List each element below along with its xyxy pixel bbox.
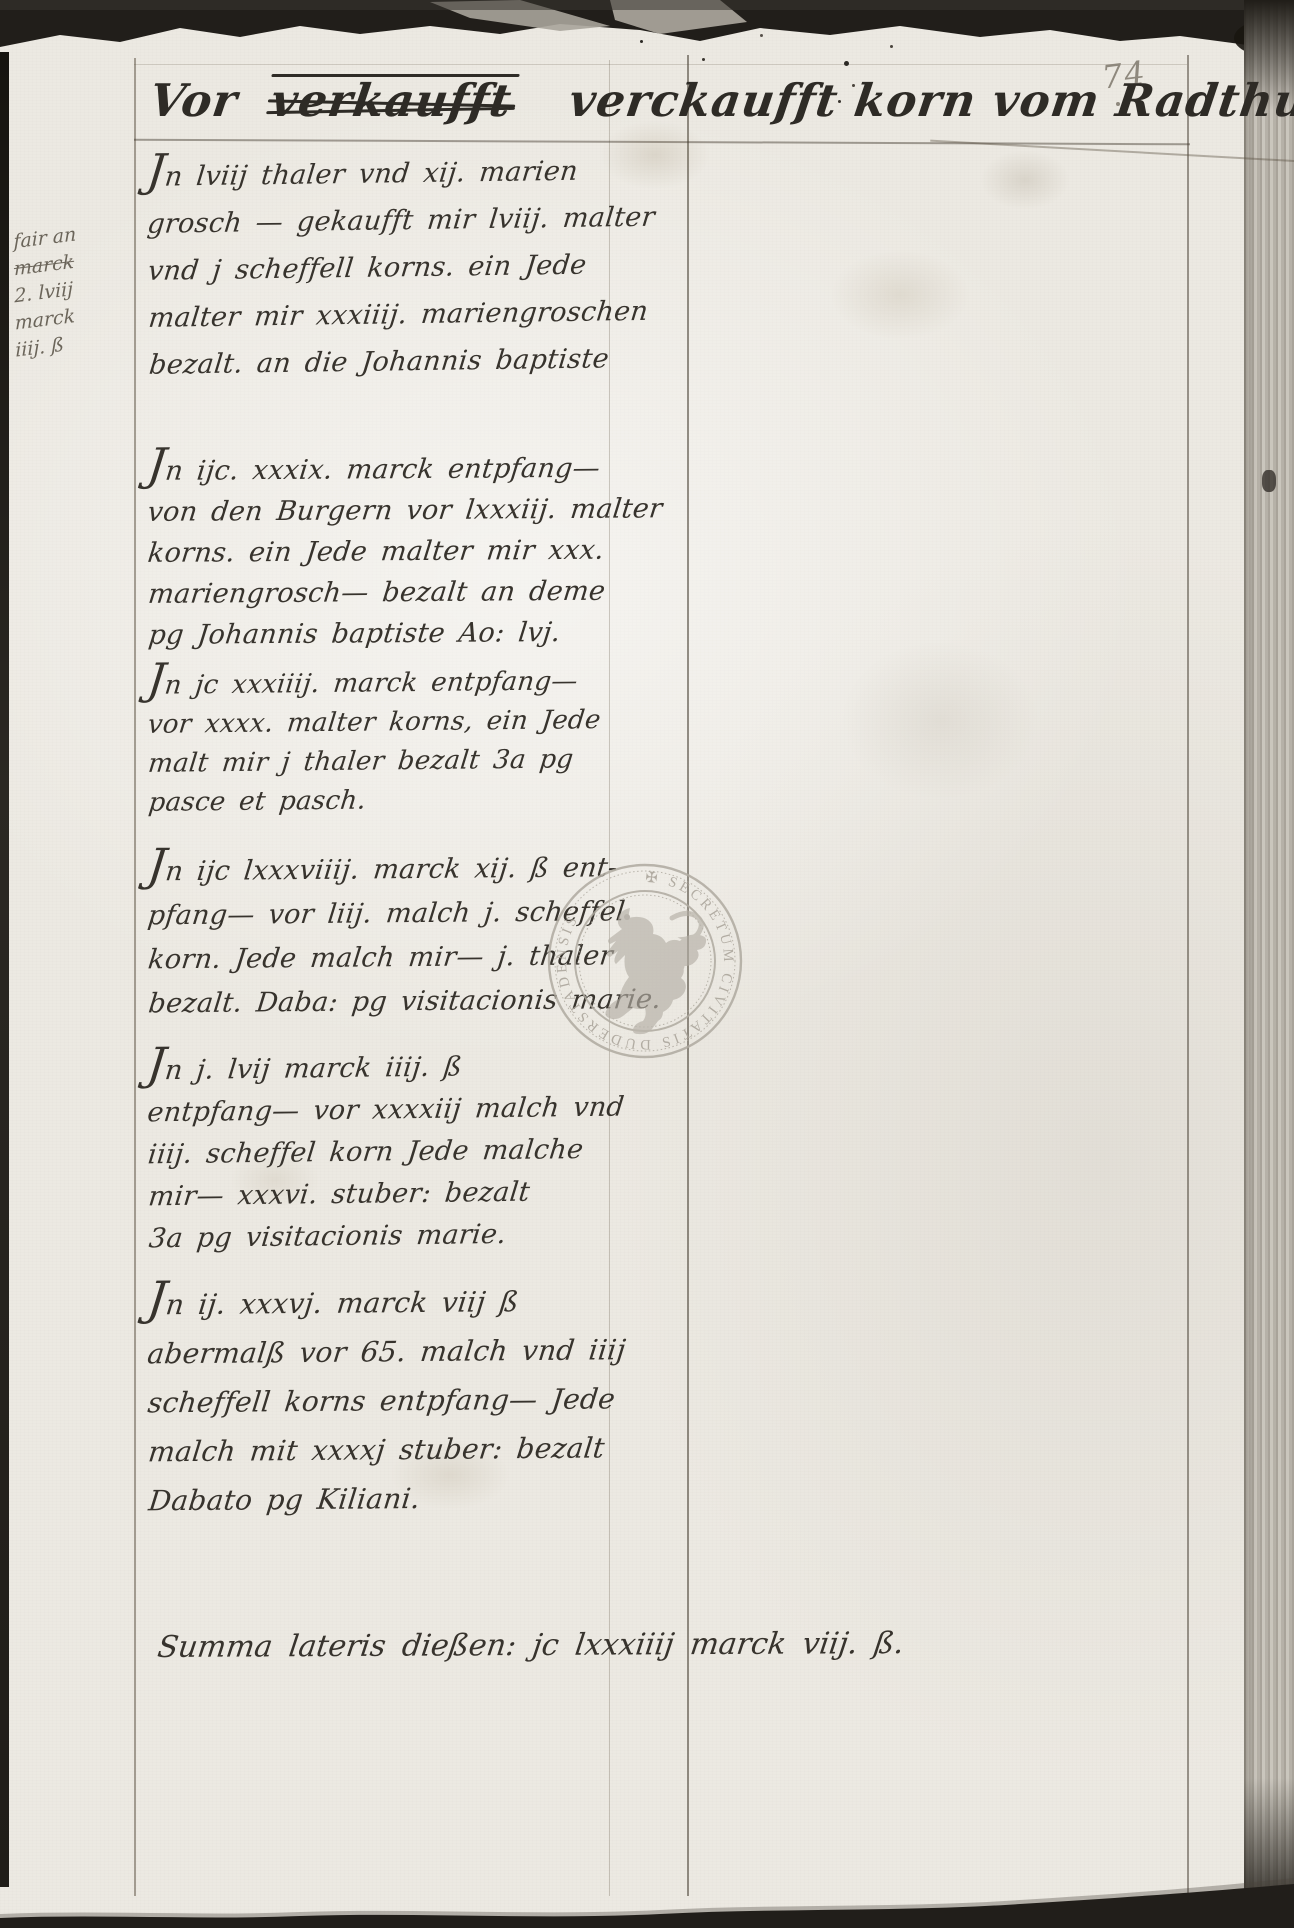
entry-line: abermalß vor 65. malch vnd iiij [145, 1325, 696, 1379]
entry-line: mariengrosch— bezalt an deme [146, 570, 696, 615]
ledger-entry: Jn ijc. xxxix. marck entpfang— von den B… [147, 444, 693, 656]
ruled-line-right [1187, 55, 1189, 1896]
entry-line: Jn lviij thaler vnd xij. marien [144, 146, 694, 201]
entry-line: entpfang— vor xxxxiij malch vnd [145, 1086, 695, 1135]
margin-note: fair an marck 2. lviij marck iiij. ß [13, 214, 134, 364]
entry-line: grosch — gekaufft mir lviij. malter [145, 193, 695, 248]
entry-line: pasce et pasch. [146, 778, 695, 823]
entry-line: korns. ein Jede malter mir xxx. [146, 529, 696, 574]
city-seal-stamp: ✠ SECRETUM CIVITATIS DUDERSTADENSIS [544, 860, 746, 1062]
ledger-entry: Jn lviij thaler vnd xij. marien grosch —… [146, 146, 694, 389]
entry-line: Jn ijc. xxxix. marck entpfang— [145, 444, 695, 492]
entry-line: von den Burgern vor lxxxiij. malter [145, 488, 695, 533]
bottom-binding-edge [0, 1876, 1294, 1928]
strike-line [271, 74, 519, 77]
page-title: Vorverkaufftverckaufft korn vom Radthuß. [146, 74, 1294, 127]
entry-line: pg Johannis baptiste Ao: lvj. [146, 611, 696, 656]
title-underline [134, 139, 1190, 146]
title-struck-word: verkaufft [268, 74, 515, 127]
entry-line: Jn jc xxxiiij. marck entpfang— [145, 657, 695, 706]
entry-line: malch mit xxxxj stuber: bezalt [146, 1423, 697, 1477]
ruled-line-top [134, 64, 1187, 65]
ink-specks [640, 40, 643, 43]
top-binding-edge [0, 0, 1294, 62]
paper-stain [980, 150, 1070, 210]
paper-stain [830, 250, 970, 340]
entry-line: malt mir j thaler bezalt 3a pg [146, 739, 695, 784]
entry-line: scheffell korns entpfang— Jede [145, 1374, 696, 1428]
entry-line: malter mir xxxiiij. mariengroschen [146, 287, 696, 342]
summa-line: Summa lateris dießen: jc lxxxiiij marck … [155, 1626, 906, 1665]
ledger-entry: Jn j. lvij marck iiij. ß entpfang— vor x… [147, 1041, 695, 1261]
paper-stain [840, 640, 1040, 800]
entry-line: Jn ij. xxxvj. marck viij ß [144, 1276, 695, 1330]
title-prefix: Vor [146, 74, 241, 127]
ledger-entry: Jn ij. xxxvj. marck viij ß abermalß vor … [147, 1276, 694, 1526]
entry-line: bezalt. an die Johannis baptiste [147, 334, 697, 389]
manuscript-page: 74 Vorverkaufftverckaufft korn vom Radth… [0, 0, 1294, 1928]
title-main: verckaufft korn vom Radthuß. [566, 74, 1294, 127]
ledger-entry: Jn jc xxxiiij. marck entpfang— vor xxxx.… [147, 657, 694, 823]
right-fore-edge [1244, 0, 1294, 1928]
entry-line: 3a pg visitacionis marie. [147, 1212, 697, 1261]
fore-edge-mark [1262, 470, 1276, 492]
lion-device [605, 908, 706, 1034]
title-underline-sweep [930, 140, 1294, 162]
left-page-edge [0, 52, 9, 1887]
entry-line: vor xxxx. malter korns, ein Jede [146, 700, 695, 745]
entry-line: iiij. scheffel korn Jede malche [146, 1128, 696, 1177]
entry-line: Dabato pg Kiliani. [146, 1472, 697, 1526]
entry-line: mir— xxxvi. stuber: bezalt [146, 1170, 696, 1219]
entry-line: vnd j scheffell korns. ein Jede [145, 240, 695, 295]
